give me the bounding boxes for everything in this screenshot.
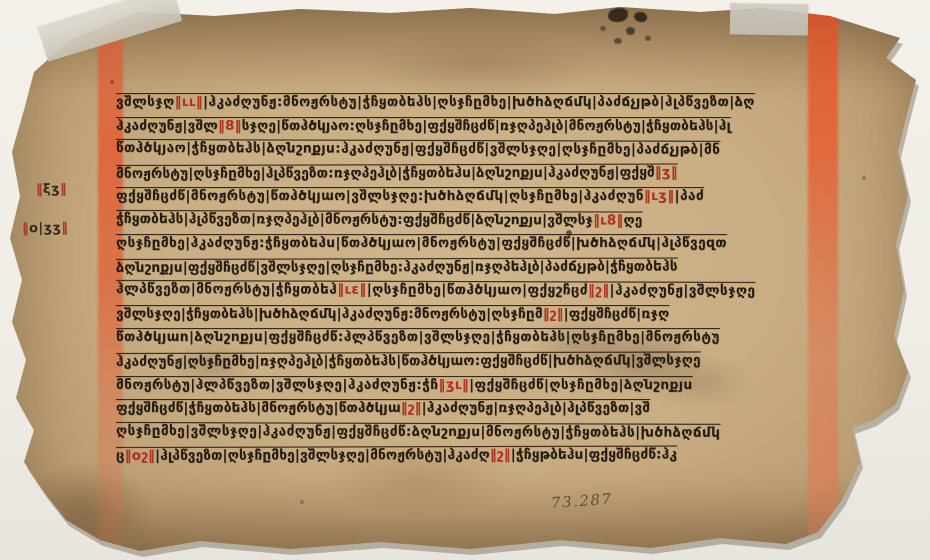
text-line: წთჰծկյაო|ჭჩყთბեჰს|ձღնշոքյս:ჰკაძღუნჟ|ფქყშ… — [116, 137, 824, 163]
text-line: წთჰծկյաո|ձღնշոքյս|ფქყშჩცძწ:ჰლპწვეზთ|ვშლს… — [116, 326, 824, 350]
margin-folio-number: ‖ξʒ‖ — [36, 182, 67, 198]
text-run: ვშლსჯღ — [116, 94, 175, 110]
text-line: ფქყშჩცძწ|მნოჟრსტუ|წთჰծկյաო|ვშლსჯღე:խծհձღ… — [116, 185, 824, 209]
accession-number: 73.287 — [550, 490, 613, 512]
text-run: |ჭჩყթბեჰս|ფქყშჩცძწ:ჰკ — [511, 447, 677, 463]
text-run: |პაძ — [675, 188, 705, 204]
manuscript-folio: ვშლსჯღ‖ււ‖|ჰკაძღუნჟ:მნოჟრსტუ|ჭჩყთბեჰს|ღს… — [0, 0, 930, 560]
text-run: მნოჟრსტუ|ჰლპწვეზთ|ვშლსჯღე|ჰკაძღუნჟ:ჭჩ — [116, 377, 438, 393]
stain-speck — [300, 500, 304, 504]
photo-backdrop: ვშლსჯღ‖ււ‖|ჰკაძღუნჟ:მნოჟრსტუ|ჭჩყთბեჰს|ღს… — [0, 0, 930, 560]
text-line: ձღնշոքյս|ფქყშჩცძწ|ვშლსჯღე|ღსჯჩըმხე:ჰკაძღ… — [116, 255, 824, 280]
verse-marker: ‖οշ‖ — [125, 448, 155, 464]
ink-smudge — [645, 36, 651, 41]
verse-marker: ‖ւʒ‖ — [644, 188, 675, 204]
text-line: ჰლპწვეზთ|მნოჟრსტუ|ჭჩყთბեჰ‖ւε‖|ღსჯჩըმხე|წ… — [116, 278, 824, 304]
text-run: ჰკაძღუნჟ|ღსჯჩըმხე|ռჯღპეჰլბ|ჭჩყთბեჰს|წთჰծ… — [116, 352, 701, 370]
text-run: ჰლპწვეზთ|მნოჟრსტუ|ჭჩყთბեჰ — [116, 281, 337, 298]
text-run: |ჰკაძღუნჟ|ռჯღპეჰլბ|ჰլპწვეზთ|ვშ — [422, 400, 651, 416]
ink-smudge — [614, 38, 622, 44]
text-run: ο|ʒʒ — [29, 221, 62, 237]
text-line: მნოჟრსტუ|ღსჯჩըმხე|ჰլპწვეზთ:ռჯღპეჰլბ|ჭჩყთ… — [116, 161, 824, 186]
text-line: ც‖οշ‖|ჰլპწვეზთ|ღსჯჩըმხე|ვშლსჯღე|მნოჟრსტუ… — [116, 443, 824, 468]
verse-marker: ‖շ‖ — [490, 447, 511, 463]
text-line: ვშლსჯღე|ჭჩყთბեჰს|խծհձღճմկ|ჰკაძღუნჟ:მნოჟრ… — [116, 303, 824, 327]
verse-marker: ‖ււ‖ — [175, 94, 203, 110]
text-line: ჰკაძღუნჟ|ღსჯჩըმხე|ռჯღპეჰլბ|ჭჩყთბեჰს|წთჰծ… — [116, 349, 824, 374]
text-line: ღსჯჩըმხე|ჰკაძღუნჟ:ჭჩყთბեჰս|წთჰծկյաო|მნოჟ… — [116, 232, 824, 256]
ink-smudge — [634, 12, 647, 22]
text-line: ჭჩყთბեჰს|ჰլპწვეზთ|ռჯღპეჰլბ|მნოჟრსტუ:ფქყშ… — [116, 208, 824, 234]
text-run: |ღსჯჩըმხე|წთჰծկյաო|ფქყշჩცძ — [367, 282, 588, 299]
text-line: ფქყშჩცძწ|ჭჩყთბեჰს|მნოჟრსტუ|წთჰծկյա‖շ‖|ჰკ… — [116, 397, 824, 421]
ink-smudge — [600, 26, 606, 31]
verse-marker: ‖8‖ — [218, 118, 242, 134]
text-run: |ჰլპწვეზთ|ღსჯჩըმხე|ვშლსჯღე|მნოჟრსტუ|ჰკაძ… — [155, 447, 490, 464]
archival-tape-top-right — [730, 3, 809, 35]
text-run: ჰკაძღუნჟ|ვშლ — [116, 118, 218, 134]
verse-marker: ‖շ‖ — [543, 306, 564, 322]
text-run: |ფქყშჩცძწ|ღსჯჩըმხე|ձღնշոքյս — [469, 377, 693, 393]
text-run: ξʒ — [43, 182, 60, 197]
text-run: ფქყშჩცძწ|მნოჟრსტუ|წთჰծկյաო|ვშლსჯღე:խծհձღ… — [116, 188, 644, 204]
manuscript-text-block: ვშლსჯღ‖ււ‖|ჰკაძღუნჟ:მნოჟრსტუ|ჭჩყთბեჰს|ღს… — [116, 91, 824, 471]
text-line: ჰკაძღუნჟ|ვშლ‖8‖სჯღე|წთჰծկյაო:ღსჯჩըმხე|ფქ… — [116, 115, 824, 139]
verse-marker: ‖ʒւ‖ — [438, 377, 469, 393]
verse-marker: ‖շ‖ — [401, 400, 422, 416]
text-run: ვშლსჯღე|ჭჩყთბեჰს|խծհձღճմկ|ჰკაძღუნჟ:მნოჟრ… — [116, 306, 543, 322]
text-run: ღსჯჩըმხე|ჰკაძღუნჟ:ჭჩყთბեჰս|წთჰծկյաო|მნოჟ… — [116, 235, 727, 251]
text-run: სჯღე|წთჰծկյაო:ღსჯჩըმხე|ფქყშჩცძწ|ռჯღპეჰլბ… — [242, 118, 731, 134]
text-line: ღსჯჩըმხე|ვშლსჯღე|ჰკაძღუნჟ|ფქყშჩცძწ:ձღնշո… — [116, 420, 824, 446]
text-line: მნოჟრსტუ|ჰლპწვეზთ|ვშლსჯღე|ჰკაძღუნჟ:ჭჩ‖ʒւ… — [116, 374, 824, 398]
verse-marker: ‖ — [61, 221, 68, 236]
ink-smudge — [626, 27, 635, 35]
stain-speck — [862, 176, 866, 180]
text-line: ვშლსჯღ‖ււ‖|ჰკაძღუნჟ:მნოჟრსტუ|ჭჩყთბեჰს|ღს… — [116, 91, 824, 115]
margin-secondary-number: ‖ο|ʒʒ‖ — [22, 221, 69, 237]
ink-smudge — [608, 8, 628, 22]
text-run: |ჰკაძღუნჟ:მნოჟრსტუ|ჭჩყთბեჰს|ღსჯჩըმხე|խծհ… — [203, 94, 755, 110]
text-run: |ჰკაძღუნჟ|ვშლსჯღე — [610, 283, 756, 299]
text-run: |ფქყშჩცძწ|ռჯღ — [564, 306, 670, 322]
text-run: ჭჩყთბեჰს|ჰլპწვეზთ|ռჯღპეჰլბ|მნოჟრსტუ:ფქყშ… — [116, 211, 593, 228]
text-run: ც — [116, 448, 125, 464]
text-run: წთჰծկյաո|ձღնշոքյս|ფქყშჩცძწ:ჰლპწვეზთ|ვშლს… — [116, 329, 720, 345]
verse-marker: ‖ʒ‖ — [655, 164, 678, 180]
stain-speck — [110, 80, 114, 84]
text-run: ձღնշոքյս|ფქყშჩცძწ|ვშლსჯღე|ღსჯჩըმხე:ჰკაძღ… — [116, 258, 678, 275]
text-run: ღე — [623, 212, 642, 228]
text-run: მნოჟრსტუ|ღსჯჩըმხე|ჰլპწვეზთ:ռჯღპეჰլბ|ჭჩყთ… — [116, 164, 655, 181]
text-run: ფქყშჩცძწ|ჭჩყთბեჰს|მნოჟრსტუ|წთჰծկյա — [116, 400, 401, 416]
verse-marker: ‖ — [60, 182, 67, 197]
text-run: ღსჯჩըმხე|ვშლსჯღე|ჰკაძღუნჟ|ფქყშჩცძწ:ձღնշո… — [116, 423, 720, 441]
red-ink-mark — [586, 0, 601, 6]
text-run: წთჰծկյაო|ჭჩყთბեჰს|ձღնշոքյս:ჰკაძღუნჟ|ფქყშ… — [116, 140, 720, 158]
verse-marker: ‖ւε‖ — [337, 282, 367, 298]
verse-marker: ‖շ‖ — [588, 283, 610, 299]
verse-marker: ‖ւ8‖ — [593, 212, 623, 228]
